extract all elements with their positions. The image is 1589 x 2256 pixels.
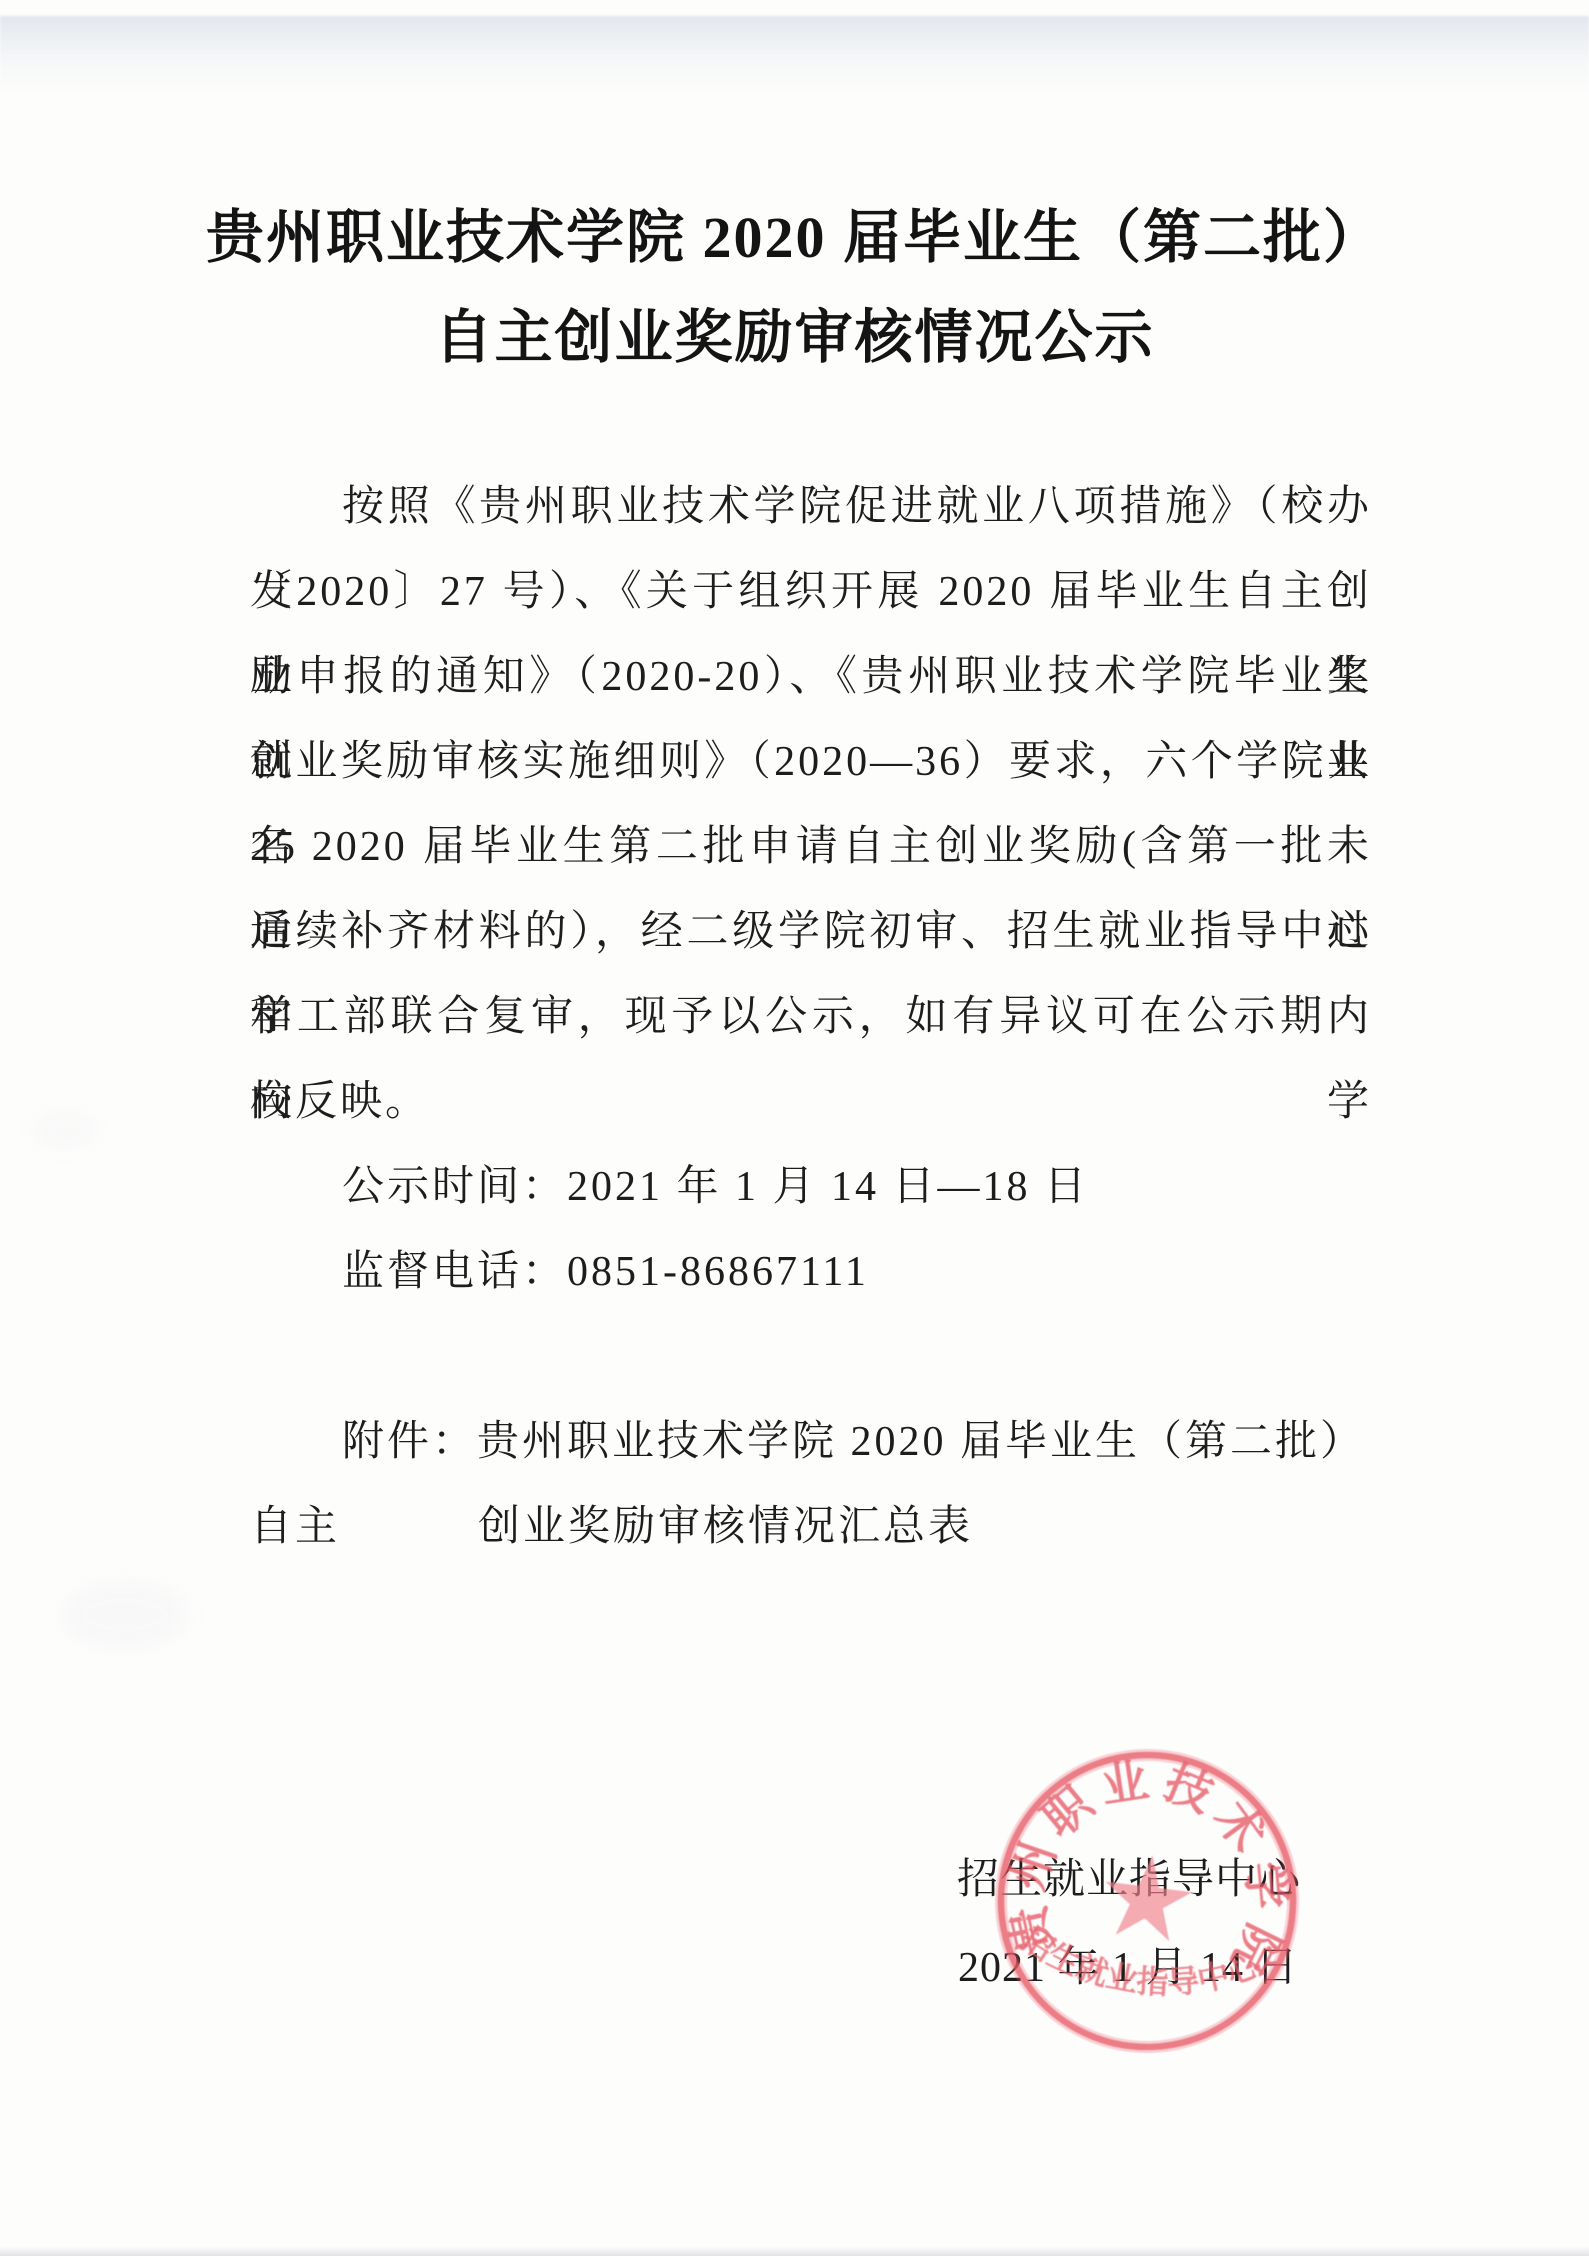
body-paragraph-line: 后续补齐材料的），经二级学院初审、招生就业指导中心和 [250,890,1372,975]
attachment-line-2: 创业奖励审核情况汇总表 [250,1485,1372,1570]
page-title-line-2: 自主创业奖励审核情况公示 [100,288,1489,388]
scan-artifact-bottom-edge [0,2246,1589,2256]
signature-date: 2021 年 1 月 14 日 [958,1934,1299,1994]
body-paragraph-line: 创业奖励审核实施细则》（2020—36）要求，六个学院共 25 [250,720,1372,805]
body-paragraph-line: 名 2020 届毕业生第二批申请自主创业奖励(含第一批未通过 [250,805,1372,890]
body-paragraph-line: 励申报的通知》（2020-20）、《贵州职业技术学院毕业生就业 [250,635,1372,720]
page-title: 贵州职业技术学院 2020 届毕业生（第二批） 自主创业奖励审核情况公示 [100,188,1489,388]
signature-org: 招生就业指导中心 [957,1846,1301,1906]
scan-artifact-top-band [0,16,1589,94]
body-paragraph-line: 按照《贵州职业技术学院促进就业八项措施》（校办发 [250,465,1372,550]
document-body: 按照《贵州职业技术学院促进就业八项措施》（校办发 〔2020〕27 号）、《关于… [250,465,1372,1570]
page-title-line-1: 贵州职业技术学院 2020 届毕业生（第二批） [100,188,1489,288]
scan-artifact-smudge [30,1110,100,1150]
supervision-phone-line: 监督电话：0851-86867111 [250,1230,1372,1315]
body-paragraph-line: 〔2020〕27 号）、《关于组织开展 2020 届毕业生自主创业奖 [250,550,1372,635]
document-page: 贵州职业技术学院 2020 届毕业生（第二批） 自主创业奖励审核情况公示 按照《… [0,0,1589,2256]
publicity-time-line: 公示时间：2021 年 1 月 14 日—18 日 [250,1145,1372,1230]
scan-artifact-smudge [60,1580,190,1650]
body-paragraph-line: 学工部联合复审，现予以公示，如有异议可在公示期内向学 [250,975,1372,1060]
attachment-line-1: 附件：贵州职业技术学院 2020 届毕业生（第二批）自主 [250,1400,1372,1485]
